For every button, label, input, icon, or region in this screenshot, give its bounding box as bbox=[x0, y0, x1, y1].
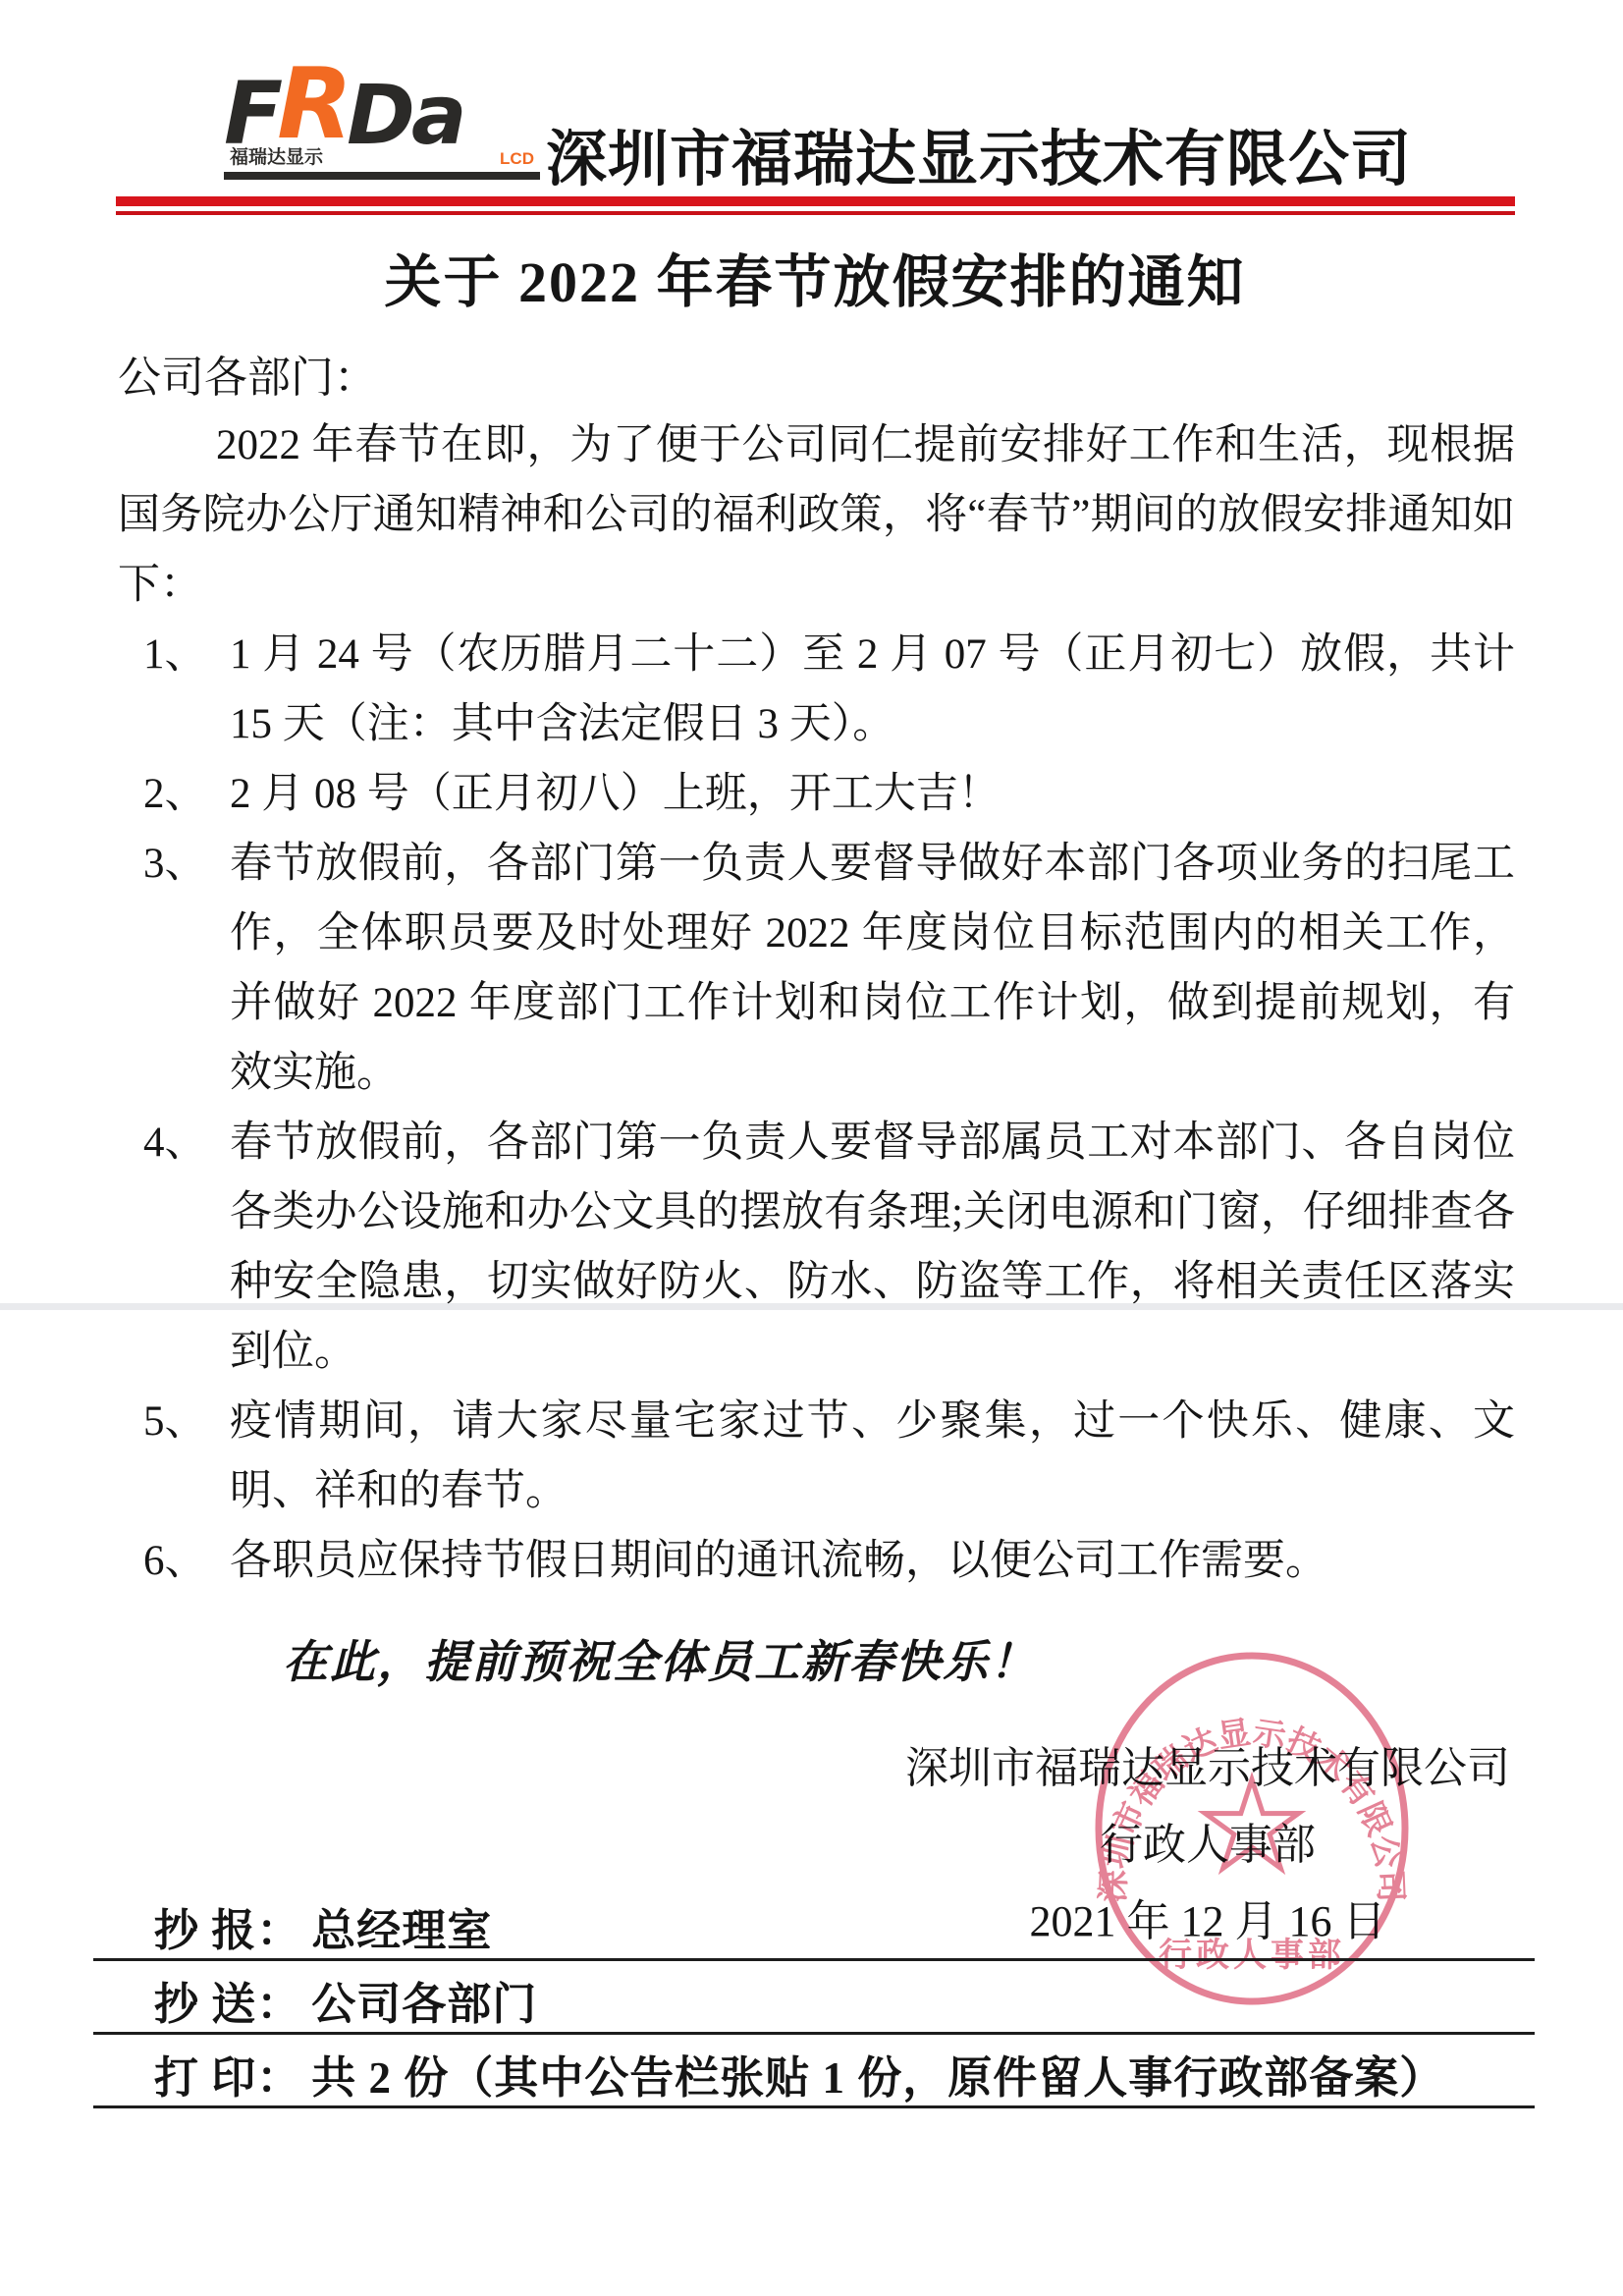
footer-label: 打 印： bbox=[154, 2053, 301, 2103]
company-logo: FRDa 福瑞达显示 LCD bbox=[224, 63, 540, 180]
closing-wish: 在此，提前预祝全体员工新春快乐！ bbox=[283, 1627, 1515, 1697]
document-footer: 抄 报：总经理室 抄 送：公司各部门 打 印：共 2 份（其中公告栏张贴 1 份… bbox=[93, 1903, 1535, 2124]
list-item-text: 疫情期间，请大家尽量宅家过节、少聚集，过一个快乐、健康、文明、祥和的春节。 bbox=[230, 1387, 1515, 1526]
logo-letter-da: Da bbox=[347, 67, 462, 163]
footer-row-print: 打 印：共 2 份（其中公告栏张贴 1 份，原件留人事行政部备案） bbox=[93, 2050, 1535, 2108]
list-item-number: 2、 bbox=[143, 759, 230, 829]
list-item-text: 1 月 24 号（农历腊月二十二）至 2 月 07 号（正月初七）放假，共计 1… bbox=[230, 620, 1515, 759]
notice-list: 1、 1 月 24 号（农历腊月二十二）至 2 月 07 号（正月初七）放假，共… bbox=[143, 620, 1515, 1596]
footer-value: 总经理室 bbox=[311, 1906, 492, 1955]
logo-caption-lcd: LCD bbox=[500, 149, 534, 169]
document-body: 2022 年春节在即，为了便于公司同仁提前安排好工作和生活，现根据国务院办公厅通… bbox=[118, 410, 1515, 1697]
list-item-text: 2 月 08 号（正月初八）上班，开工大吉！ bbox=[230, 759, 1515, 829]
list-item-text: 春节放假前，各部门第一负责人要督导部属员工对本部门、各自岗位各类办公设施和办公文… bbox=[230, 1108, 1515, 1387]
red-rule-thin-line bbox=[116, 211, 1515, 215]
list-item: 2、 2 月 08 号（正月初八）上班，开工大吉！ bbox=[143, 759, 1515, 829]
list-item: 3、 春节放假前，各部门第一负责人要督导做好本部门各项业务的扫尾工作，全体职员要… bbox=[143, 829, 1515, 1108]
list-item-number: 3、 bbox=[143, 829, 230, 1108]
signature-company: 深圳市福瑞达显示技术有限公司 bbox=[903, 1730, 1512, 1807]
document-title: 关于 2022 年春节放假安排的通知 bbox=[118, 236, 1512, 318]
list-item: 6、 各职员应保持节假日期间的通讯流畅，以便公司工作需要。 bbox=[143, 1526, 1515, 1596]
footer-row-copy-send: 抄 送：公司各部门 bbox=[93, 1977, 1535, 2035]
list-item: 1、 1 月 24 号（农历腊月二十二）至 2 月 07 号（正月初七）放假，共… bbox=[143, 620, 1515, 759]
document-page: FRDa 福瑞达显示 LCD 深圳市福瑞达显示技术有限公司 关于 2022 年春… bbox=[0, 0, 1623, 2296]
salutation: 公司各部门： bbox=[118, 342, 377, 405]
red-rule-thick-line bbox=[116, 196, 1515, 206]
list-item-number: 1、 bbox=[143, 620, 230, 759]
list-item-number: 6、 bbox=[143, 1526, 230, 1596]
list-item: 4、 春节放假前，各部门第一负责人要督导部属员工对本部门、各自岗位各类办公设施和… bbox=[143, 1108, 1515, 1387]
logo-underline bbox=[224, 172, 540, 180]
footer-row-copy-report: 抄 报：总经理室 bbox=[93, 1903, 1535, 1961]
header-company-name: 深圳市福瑞达显示技术有限公司 bbox=[546, 110, 1412, 197]
list-item-number: 5、 bbox=[143, 1387, 230, 1526]
intro-paragraph: 2022 年春节在即，为了便于公司同仁提前安排好工作和生活，现根据国务院办公厅通… bbox=[118, 410, 1515, 620]
list-item-text: 春节放假前，各部门第一负责人要督导做好本部门各项业务的扫尾工作，全体职员要及时处… bbox=[230, 829, 1515, 1108]
scan-artifact-band bbox=[0, 1303, 1623, 1310]
header-red-rule bbox=[116, 196, 1515, 215]
footer-label: 抄 送： bbox=[154, 1980, 301, 2029]
signature-department: 行政人事部 bbox=[903, 1807, 1512, 1884]
list-item-text: 各职员应保持节假日期间的通讯流畅，以便公司工作需要。 bbox=[230, 1526, 1515, 1596]
footer-label: 抄 报： bbox=[154, 1906, 301, 1955]
footer-value: 公司各部门 bbox=[311, 1980, 537, 2029]
list-item-number: 4、 bbox=[143, 1108, 230, 1387]
footer-value: 共 2 份（其中公告栏张贴 1 份，原件留人事行政部备案） bbox=[311, 2053, 1444, 2103]
list-item: 5、 疫情期间，请大家尽量宅家过节、少聚集，过一个快乐、健康、文明、祥和的春节。 bbox=[143, 1387, 1515, 1526]
logo-letter-r: R bbox=[277, 46, 347, 161]
